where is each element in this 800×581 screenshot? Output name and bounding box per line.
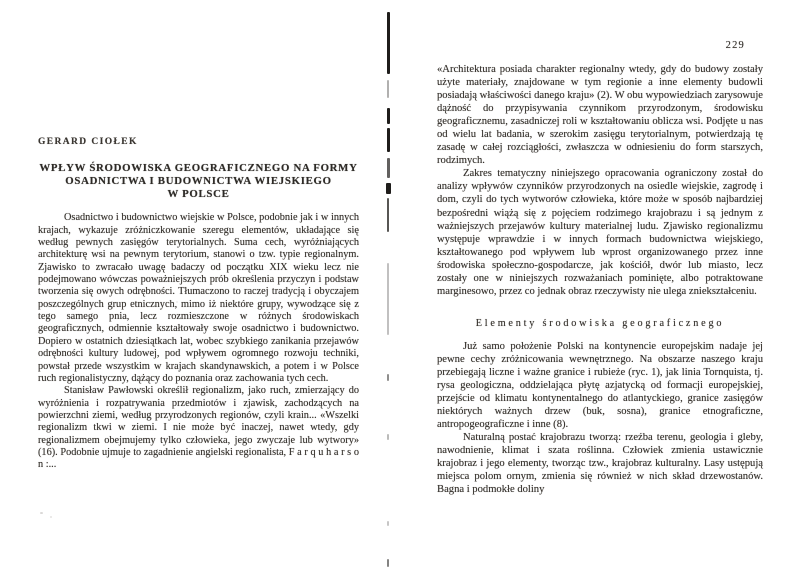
gutter-mark bbox=[387, 12, 390, 74]
scan-speck bbox=[40, 512, 43, 514]
gutter-mark bbox=[387, 374, 389, 381]
scan-speck bbox=[50, 516, 52, 518]
gutter-mark bbox=[387, 108, 390, 124]
section-heading: Elementy środowiska geograficznego bbox=[437, 318, 763, 329]
title-line-2: OSADNICTWA I BUDOWNICTWA WIEJSKIEGO bbox=[38, 175, 359, 188]
gutter-mark bbox=[387, 263, 389, 335]
gutter-mark bbox=[387, 521, 389, 526]
body-paragraph: Naturalną postać krajobrazu tworzą: rzeź… bbox=[437, 431, 763, 496]
right-page: 229 «Architektura posiada charakter regi… bbox=[437, 0, 763, 496]
author-name: GERARD CIOŁEK bbox=[38, 137, 359, 147]
body-paragraph: Zakres tematyczny niniejszego opracowani… bbox=[437, 167, 763, 297]
left-page: GERARD CIOŁEK WPŁYW ŚRODOWISKA GEOGRAFIC… bbox=[38, 0, 359, 472]
gutter-mark bbox=[387, 434, 389, 440]
gutter-mark bbox=[387, 80, 389, 98]
body-paragraph: Osadnictwo i budownictwo wiejskie w Pols… bbox=[38, 212, 359, 385]
title-line-3: W POLSCE bbox=[38, 188, 359, 201]
gutter-mark bbox=[387, 559, 389, 567]
gutter-mark bbox=[387, 198, 389, 232]
gutter-mark bbox=[387, 158, 390, 178]
article-title: WPŁYW ŚRODOWISKA GEOGRAFICZNEGO NA FORMY… bbox=[38, 162, 359, 200]
page-number: 229 bbox=[726, 40, 745, 51]
gutter-mark bbox=[387, 128, 390, 152]
body-paragraph: Stanisław Pawłowski określił regionalizm… bbox=[38, 385, 359, 471]
title-line-1: WPŁYW ŚRODOWISKA GEOGRAFICZNEGO NA FORMY bbox=[38, 162, 359, 175]
body-paragraph: «Architektura posiada charakter regional… bbox=[437, 63, 763, 167]
gutter-mark bbox=[386, 183, 391, 194]
body-paragraph: Już samo położenie Polski na kontynencie… bbox=[437, 340, 763, 431]
